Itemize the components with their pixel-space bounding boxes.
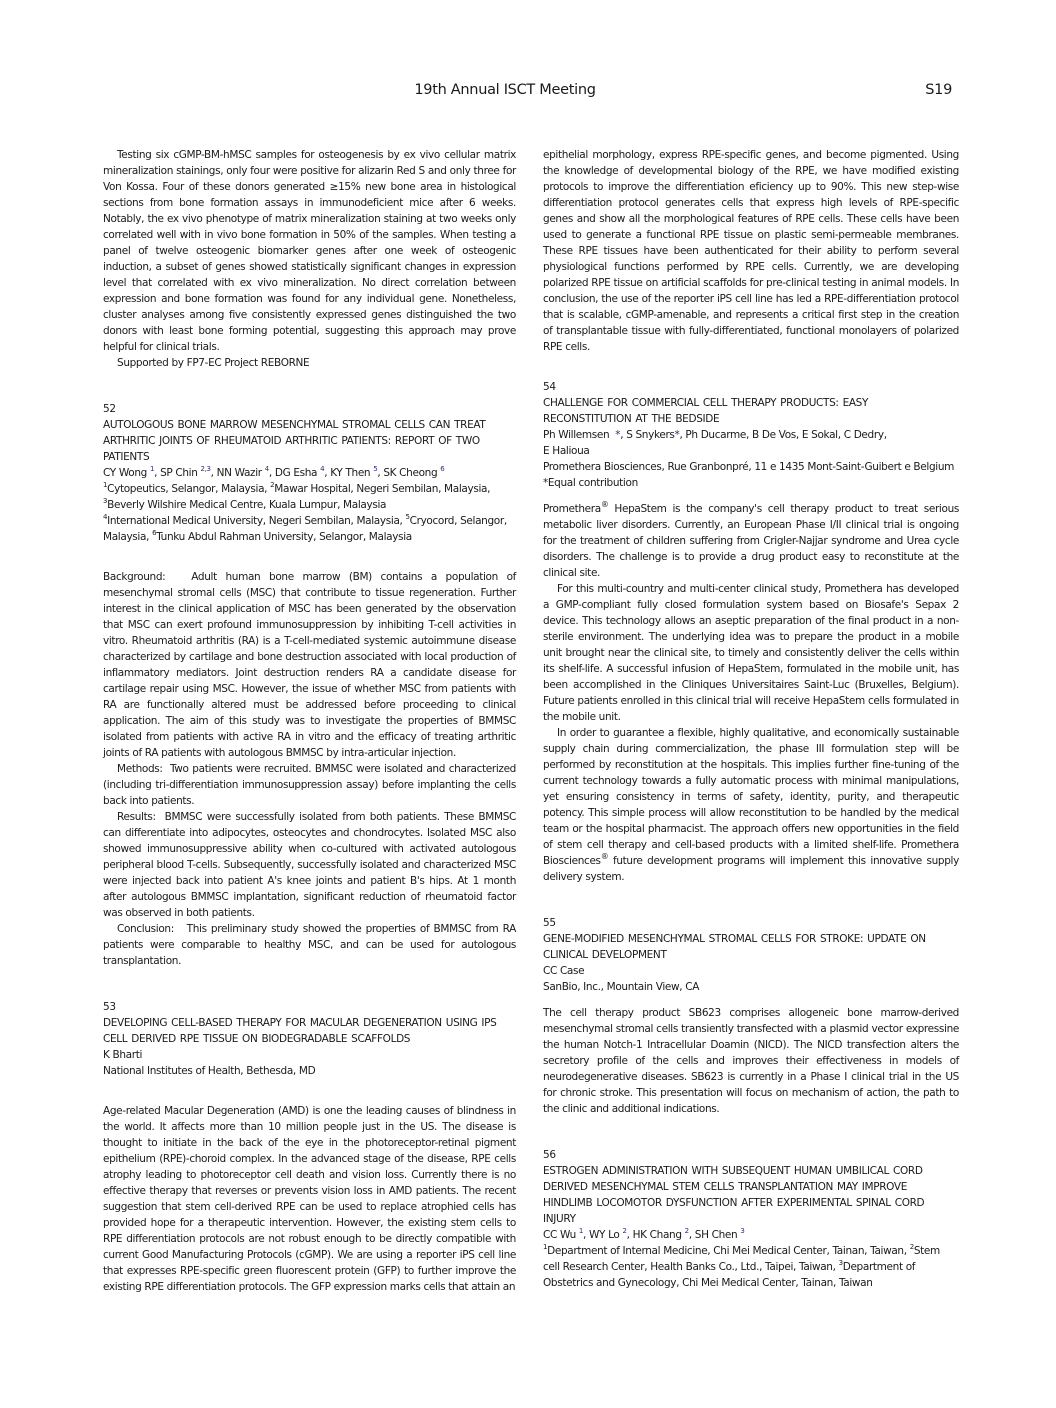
abstract-55: 55 GENE-MODIFIED MESENCHYMAL STROMAL CEL… <box>543 915 959 1117</box>
abstract-title: CHALLENGE FOR COMMERCIAL CELL THERAPY PR… <box>543 395 959 427</box>
abstract-number: 52 <box>103 401 516 417</box>
funding-note: Supported by FP7-EC Project REBORNE <box>103 355 516 371</box>
author: KY Then <box>330 467 370 479</box>
running-header: 19th Annual ISCT Meeting S19 <box>0 82 1056 102</box>
body-paragraph: The cell therapy product SB623 comprises… <box>543 1005 959 1117</box>
author: Ph Ducarme <box>685 429 746 441</box>
affiliation: National Institutes of Health, Bethesda,… <box>103 1063 516 1079</box>
affiliation: Promethera Biosciences, Rue Granbonpré, … <box>543 459 959 475</box>
author-list: CC Wu 1, WY Lo 2, HK Chang 2, SH Chen 3 <box>543 1227 959 1243</box>
author-list: CY Wong 1, SP Chin 2,3, NN Wazir 4, DG E… <box>103 465 516 481</box>
conclusion-section: Conclusion: This preliminary study showe… <box>103 921 516 969</box>
affiliation-list: 1Department of Internal Medicine, Chi Me… <box>543 1243 959 1291</box>
author-superscript[interactable]: 5 <box>373 465 377 473</box>
author: Ph Willemsen <box>543 429 609 441</box>
paragraph-text: HepaStem is the company's cell therapy p… <box>543 503 959 579</box>
section-label: Methods: <box>117 763 163 775</box>
affiliation: SanBio, Inc., Mountain View, CA <box>543 979 959 995</box>
author-superscript[interactable]: 2 <box>685 1227 689 1235</box>
affiliation: International Medical University, Negeri… <box>107 515 402 527</box>
author: CC Wu <box>543 1229 576 1241</box>
registered-mark: ® <box>601 500 609 509</box>
author: CY Wong <box>103 467 147 479</box>
footnote: *Equal contribution <box>543 475 959 491</box>
left-column: Testing six cGMP-BM-hMSC samples for ost… <box>103 147 516 1295</box>
abstract-number: 55 <box>543 915 959 931</box>
body-paragraph: In order to guarantee a flexible, highly… <box>543 725 959 885</box>
author: B De Vos <box>752 429 796 441</box>
affiliation-list: 1Cytopeutics, Selangor, Malaysia, 2Mawar… <box>103 481 516 545</box>
author-superscript[interactable]: 6 <box>440 465 444 473</box>
affiliation: Beverly Wilshire Medical Centre, Kuala L… <box>107 499 386 511</box>
section-label: Background: <box>103 571 165 583</box>
section-label: Conclusion: <box>117 923 174 935</box>
methods-section: Methods: Two patients were recruited. BM… <box>103 761 516 809</box>
author: E Sokal <box>802 429 838 441</box>
affiliation: Cytopeutics, Selangor, Malaysia, <box>107 483 267 495</box>
right-column: epithelial morphology, express RPE-speci… <box>543 147 959 1291</box>
author: E Halioua <box>543 445 590 457</box>
author-list: CC Case <box>543 963 959 979</box>
affiliation: Tunku Abdul Rahman University, Selangor,… <box>156 531 412 543</box>
abstract-56: 56 ESTROGEN ADMINISTRATION WITH SUBSEQUE… <box>543 1147 959 1291</box>
abstract-number: 56 <box>543 1147 959 1163</box>
journal-title: 19th Annual ISCT Meeting <box>0 82 1010 98</box>
author: HK Chang <box>633 1229 682 1241</box>
affiliation: Mawar Hospital, Negeri Sembilan, Malaysi… <box>274 483 490 495</box>
author-list: K Bharti <box>103 1047 516 1063</box>
abstract-54: 54 CHALLENGE FOR COMMERCIAL CELL THERAPY… <box>543 379 959 885</box>
abstract-53: 53 DEVELOPING CELL-BASED THERAPY FOR MAC… <box>103 999 516 1295</box>
author: WY Lo <box>589 1229 619 1241</box>
background-section: Background: Adult human bone marrow (BM)… <box>103 569 516 761</box>
author: DG Esha <box>275 467 317 479</box>
results-section: Results: BMMSC were successfully isolate… <box>103 809 516 921</box>
abstract-52: 52 AUTOLOGOUS BONE MARROW MESENCHYMAL ST… <box>103 401 516 969</box>
author-superscript[interactable]: 1 <box>579 1227 583 1235</box>
affiliation: Department of Internal Medicine, Chi Mei… <box>547 1245 907 1257</box>
body-paragraph: Age-related Macular Degeneration (AMD) i… <box>103 1103 516 1295</box>
brand-name: Promethera <box>543 503 601 515</box>
abstract-continuation: Testing six cGMP-BM-hMSC samples for ost… <box>103 147 516 371</box>
section-label: Results: <box>117 811 156 823</box>
author: SH Chen <box>695 1229 738 1241</box>
abstract-number: 53 <box>103 999 516 1015</box>
abstract-number: 54 <box>543 379 959 395</box>
section-text: Two patients were recruited. BMMSC were … <box>103 763 516 807</box>
author-superscript[interactable]: 2,3 <box>201 465 211 473</box>
section-text: Adult human bone marrow (BM) contains a … <box>103 571 516 759</box>
author: SK Cheong <box>383 467 437 479</box>
author-superscript[interactable]: 2 <box>623 1227 627 1235</box>
body-paragraph: epithelial morphology, express RPE-speci… <box>543 147 959 355</box>
author-superscript[interactable]: 4 <box>320 465 324 473</box>
abstract-title: DEVELOPING CELL-BASED THERAPY FOR MACULA… <box>103 1015 516 1047</box>
abstract-53-continued: epithelial morphology, express RPE-speci… <box>543 147 959 355</box>
author: SP Chin <box>160 467 197 479</box>
author: C Dedry <box>844 429 884 441</box>
body-paragraph: Promethera® HepaStem is the company's ce… <box>543 501 959 581</box>
paragraph-text: In order to guarantee a flexible, highly… <box>543 727 959 867</box>
author-list: Ph Willemsen *, S Snykers*, Ph Ducarme, … <box>543 427 959 459</box>
author-superscript[interactable]: 3 <box>740 1227 744 1235</box>
author-superscript[interactable]: 1 <box>150 465 154 473</box>
abstract-title: GENE-MODIFIED MESENCHYMAL STROMAL CELLS … <box>543 931 959 963</box>
body-paragraph: For this multi-country and multi-center … <box>543 581 959 725</box>
author: NN Wazir <box>217 467 262 479</box>
author-marker[interactable]: * <box>615 429 620 441</box>
section-text: BMMSC were successfully isolated from bo… <box>103 811 516 919</box>
body-paragraph: Testing six cGMP-BM-hMSC samples for ost… <box>103 147 516 355</box>
author-superscript[interactable]: 4 <box>265 465 269 473</box>
page-number: S19 <box>925 82 952 98</box>
abstract-title: ESTROGEN ADMINISTRATION WITH SUBSEQUENT … <box>543 1163 959 1227</box>
abstract-title: AUTOLOGOUS BONE MARROW MESENCHYMAL STROM… <box>103 417 516 465</box>
author: S Snykers <box>626 429 674 441</box>
author-marker[interactable]: * <box>675 429 680 441</box>
